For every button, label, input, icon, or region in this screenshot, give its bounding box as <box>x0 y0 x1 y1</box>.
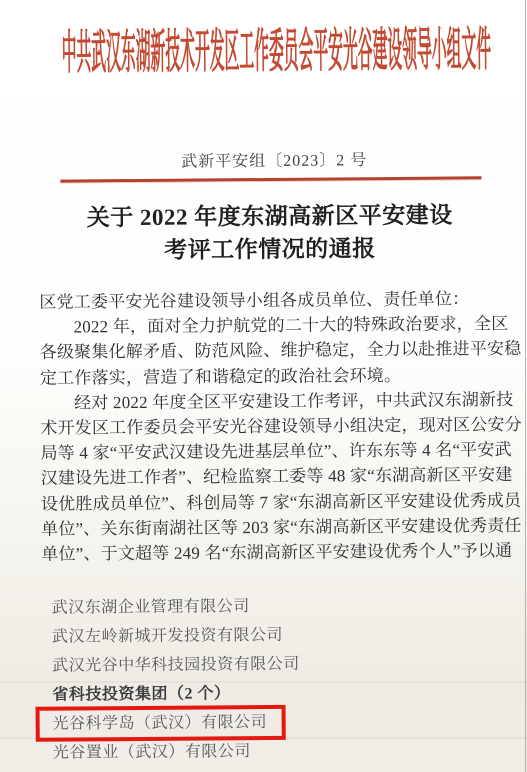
company-name: 光谷置业（武汉）有限公司 <box>53 743 251 762</box>
body-line: 单位”、于文超等 249 名“东湖高新区平安建设优秀个人”予以通 <box>41 538 496 567</box>
document-content: 中共武汉东湖新技术开发区工作委员会平安光谷建设领导小组文件 武新平安组〔2023… <box>0 0 527 772</box>
company-list-item: 武汉左岭新城开发投资有限公司 <box>2 619 527 652</box>
company-list-item: 武汉东湖企业管理有限公司 <box>2 590 527 623</box>
company-name: 武汉东湖企业管理有限公司 <box>52 598 250 617</box>
body-line: 各级聚集化解矛盾、防范风险、维护稳定，全力以赴推进平安稳 <box>40 337 495 366</box>
company-name: 光谷科学岛（武汉）有限公司 <box>53 714 268 733</box>
company-name: 省科技投资集团（2 个） <box>52 685 230 703</box>
document-title-line-2: 考评工作情况的通报 <box>87 232 453 268</box>
body-line: 局等 4 家“平安武汉建设先进基层单位”、许东东等 4 名“平安武 <box>40 437 495 466</box>
body-line-salutation: 区党工委平安光谷建设领导小组各成员单位、责任单位： <box>39 286 494 315</box>
body-line: 经对 2022 年度全区平安建设工作考评，中共武汉东湖新技 <box>40 387 495 416</box>
company-list-item: 武汉光谷中华科技园投资有限公司 <box>2 648 527 681</box>
body-line: 2022 年，面对全力护航党的二十大的特殊政治要求，全区 <box>39 311 494 340</box>
header-divider-line <box>60 176 481 182</box>
company-list-item-highlighted: 光谷科学岛（武汉）有限公司 <box>3 706 527 739</box>
body-line: 单位”、关东街南湖社区等 203 家“东湖高新区平安建设优秀责任 <box>41 513 496 542</box>
company-list: 武汉东湖企业管理有限公司 武汉左岭新城开发投资有限公司 武汉光谷中华科技园投资有… <box>2 590 527 768</box>
scan-artifact-band <box>0 737 527 739</box>
document-title: 关于 2022 年度东湖高新区平安建设 考评工作情况的通报 <box>87 199 454 268</box>
company-name: 武汉光谷中华科技园投资有限公司 <box>52 656 300 675</box>
document-body: 区党工委平安光谷建设领导小组各成员单位、责任单位： 2022 年，面对全力护航党… <box>39 286 496 567</box>
company-name: 武汉左岭新城开发投资有限公司 <box>52 627 283 646</box>
document-red-header: 中共武汉东湖新技术开发区工作委员会平安光谷建设领导小组文件 <box>62 24 492 77</box>
scanned-document-page: 中共武汉东湖新技术开发区工作委员会平安光谷建设领导小组文件 武新平安组〔2023… <box>0 0 527 772</box>
body-line: 术开发区工作委员会平安光谷建设领导小组决定，现对区公安分 <box>40 412 495 441</box>
body-line: 设优胜成员单位”、科创局等 7 家“东湖高新区平安建设优秀成员 <box>41 488 496 517</box>
body-line: 定工作落实，营造了和谐稳定的政治社会环境。 <box>40 362 495 391</box>
body-line: 汉建设先进工作者”、纪检监察工委等 48 家“东湖高新区平安建 <box>41 463 496 492</box>
document-number: 武新平安组〔2023〕2 号 <box>181 147 367 171</box>
scan-edge-line <box>525 0 526 772</box>
scan-artifact-band <box>0 681 527 683</box>
document-title-line-1: 关于 2022 年度东湖高新区平安建设 <box>87 199 453 235</box>
